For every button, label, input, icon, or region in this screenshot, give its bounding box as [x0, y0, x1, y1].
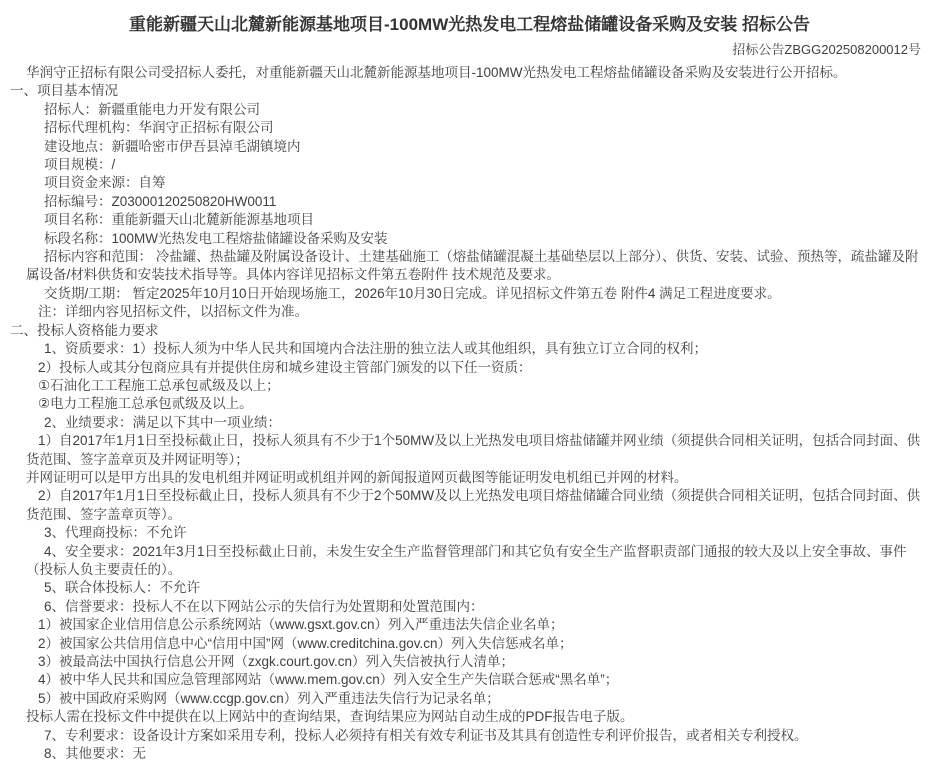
paragraph-line: 招标人：新疆重能电力开发有限公司: [0, 101, 939, 119]
paragraph-line: 1、资质要求：1）投标人须为中华人民共和国境内合法注册的独立法人或其他组织，具有…: [0, 340, 939, 358]
section-heading: 二、投标人资格能力要求: [0, 322, 939, 340]
tender-announcement-document: 重能新疆天山北麓新能源基地项目-100MW光热发电工程熔盐储罐设备采购及安装 招…: [0, 0, 939, 763]
paragraph-line: 投标人需在投标文件中提供在以上网站中的查询结果，查询结果应为网站自动生成的PDF…: [0, 708, 939, 726]
paragraph-line: 项目资金来源：自筹: [0, 174, 939, 192]
document-body: 华润守正招标有限公司受招标人委托，对重能新疆天山北麓新能源基地项目-100MW光…: [0, 64, 939, 763]
announcement-number: 招标公告ZBGG202508200012号: [0, 41, 939, 58]
sections-container: 一、项目基本情况招标人：新疆重能电力开发有限公司招标代理机构：华润守正招标有限公…: [0, 82, 939, 763]
paragraph-line: 招标内容和范围： 冷盐罐、热盐罐及附属设备设计、土建基础施工（熔盐储罐混凝土基础…: [0, 248, 939, 285]
paragraph-line: ①石油化工工程施工总承包贰级及以上；: [0, 377, 939, 395]
paragraph-line: 标段名称：100MW光热发电工程熔盐储罐设备采购及安装: [0, 230, 939, 248]
paragraph-line: 5、联合体投标人：不允许: [0, 579, 939, 597]
paragraph-line: 注：详细内容见招标文件，以招标文件为准。: [0, 303, 939, 321]
paragraph-line: 2）被国家公共信用信息中心“信用中国”网（www.creditchina.gov…: [0, 635, 939, 653]
paragraph-line: 7、专利要求：设备设计方案如采用专利，投标人必须持有相关有效专利证书及其具有创造…: [0, 727, 939, 745]
paragraph-line: 2、业绩要求：满足以下其中一项业绩：: [0, 414, 939, 432]
intro-paragraph: 华润守正招标有限公司受招标人委托，对重能新疆天山北麓新能源基地项目-100MW光…: [0, 64, 939, 82]
paragraph-line: 并网证明可以是甲方出具的发电机组并网证明或机组并网的新闻报道网页截图等能证明发电…: [0, 469, 939, 487]
paragraph-line: 8、其他要求：无: [0, 745, 939, 763]
paragraph-line: 项目名称：重能新疆天山北麓新能源基地项目: [0, 211, 939, 229]
paragraph-line: 4）被中华人民共和国应急管理部网站（www.mem.gov.cn）列入安全生产失…: [0, 671, 939, 689]
paragraph-line: 建设地点：新疆哈密市伊吾县淖毛湖镇境内: [0, 138, 939, 156]
page-title: 重能新疆天山北麓新能源基地项目-100MW光热发电工程熔盐储罐设备采购及安装 招…: [10, 13, 929, 36]
paragraph-line: ②电力工程施工总承包贰级及以上。: [0, 395, 939, 413]
paragraph-line: 1）被国家企业信用信息公示系统网站（www.gsxt.gov.cn）列入严重违法…: [0, 616, 939, 634]
paragraph-line: 项目规模：/: [0, 156, 939, 174]
paragraph-line: 4、安全要求：2021年3月1日至投标截止日前，未发生安全生产监督管理部门和其它…: [0, 543, 939, 580]
paragraph-line: 交货期/工期： 暂定2025年10月10日开始现场施工，2026年10月30日完…: [0, 285, 939, 303]
paragraph-line: 招标代理机构：华润守正招标有限公司: [0, 119, 939, 137]
paragraph-line: 2）自2017年1月1日至投标截止日，投标人须具有不少于2个50MW及以上光热发…: [0, 487, 939, 524]
paragraph-line: 1）自2017年1月1日至投标截止日，投标人须具有不少于1个50MW及以上光热发…: [0, 432, 939, 469]
paragraph-line: 3）被最高法中国执行信息公开网（zxgk.court.gov.cn）列入失信被执…: [0, 653, 939, 671]
paragraph-line: 6、信誉要求：投标人不在以下网站公示的失信行为处置期和处置范围内：: [0, 598, 939, 616]
paragraph-line: 2）投标人或其分包商应具有并提供住房和城乡建设主管部门颁发的以下任一资质：: [0, 359, 939, 377]
section-heading: 一、项目基本情况: [0, 82, 939, 100]
paragraph-line: 5）被中国政府采购网（www.ccgp.gov.cn）列入严重违法失信行为记录名…: [0, 690, 939, 708]
paragraph-line: 3、代理商投标：不允许: [0, 524, 939, 542]
paragraph-line: 招标编号：Z03000120250820HW0011: [0, 193, 939, 211]
